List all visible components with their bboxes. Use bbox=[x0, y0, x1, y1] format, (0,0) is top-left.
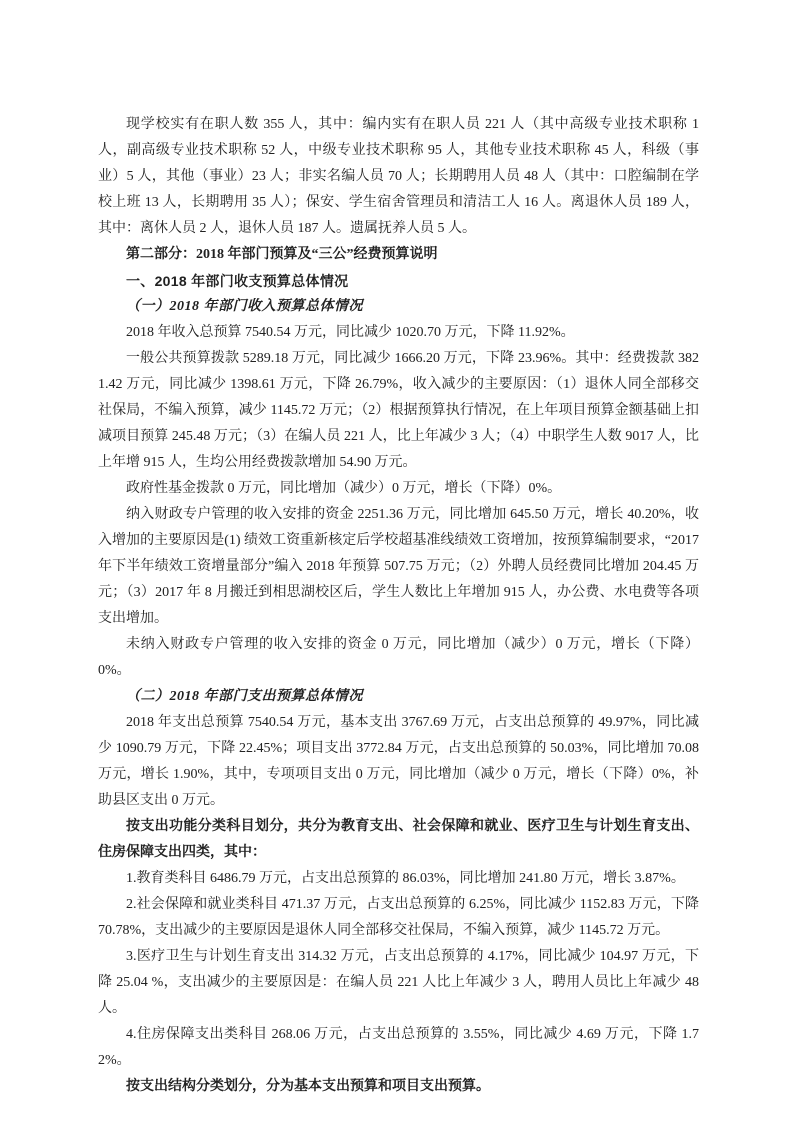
paragraph-item2-social-security: 2.社会保障和就业类科目 471.37 万元，占支出总预算的 6.25%，同比减… bbox=[98, 892, 699, 944]
paragraph-item1-education: 1.教育类科目 6486.79 万元，占支出总预算的 86.03%，同比增加 2… bbox=[98, 866, 699, 892]
paragraph-fiscal-account-income: 纳入财政专户管理的收入安排的资金 2251.36 万元，同比增加 645.50 … bbox=[98, 502, 699, 632]
heading-sub2-expenditure-budget: （二）2018 年部门支出预算总体情况 bbox=[98, 684, 699, 710]
paragraph-staffing-overview: 现学校实有在职人数 355 人，其中：编内实有在职人员 221 人（其中高级专业… bbox=[98, 112, 699, 242]
paragraph-total-income-budget: 2018 年收入总预算 7540.54 万元，同比减少 1020.70 万元，下… bbox=[98, 320, 699, 346]
document-body: 现学校实有在职人数 355 人，其中：编内实有在职人员 221 人（其中高级专业… bbox=[98, 112, 699, 1100]
paragraph-expenditure-function-classification: 按支出功能分类科目划分，共分为教育支出、社会保障和就业、医疗卫生与计划生育支出、… bbox=[98, 814, 699, 866]
paragraph-non-fiscal-account-income: 未纳入财政专户管理的收入安排的资金 0 万元，同比增加（减少）0 万元，增长（下… bbox=[98, 632, 699, 684]
paragraph-public-budget-allocation: 一般公共预算拨款 5289.18 万元，同比减少 1666.20 万元，下降 2… bbox=[98, 346, 699, 476]
heading-sub1-income-budget: （一）2018 年部门收入预算总体情况 bbox=[98, 294, 699, 320]
document-page: 现学校实有在职人数 355 人，其中：编内实有在职人员 221 人（其中高级专业… bbox=[0, 0, 794, 1123]
heading-section1-overall-budget: 一、2018 年部门收支预算总体情况 bbox=[98, 268, 699, 294]
paragraph-item3-medical-health: 3.医疗卫生与计划生育支出 314.32 万元，占支出总预算的 4.17%，同比… bbox=[98, 944, 699, 1022]
paragraph-expenditure-structure-classification: 按支出结构分类划分，分为基本支出预算和项目支出预算。 bbox=[98, 1074, 699, 1100]
paragraph-item4-housing-security: 4.住房保障支出类科目 268.06 万元，占支出总预算的 3.55%，同比减少… bbox=[98, 1022, 699, 1074]
heading-part2-budget-explanation: 第二部分：2018 年部门预算及“三公”经费预算说明 bbox=[98, 242, 699, 268]
paragraph-total-expenditure-budget: 2018 年支出总预算 7540.54 万元，基本支出 3767.69 万元，占… bbox=[98, 710, 699, 814]
paragraph-government-fund: 政府性基金拨款 0 万元，同比增加（减少）0 万元，增长（下降）0%。 bbox=[98, 476, 699, 502]
